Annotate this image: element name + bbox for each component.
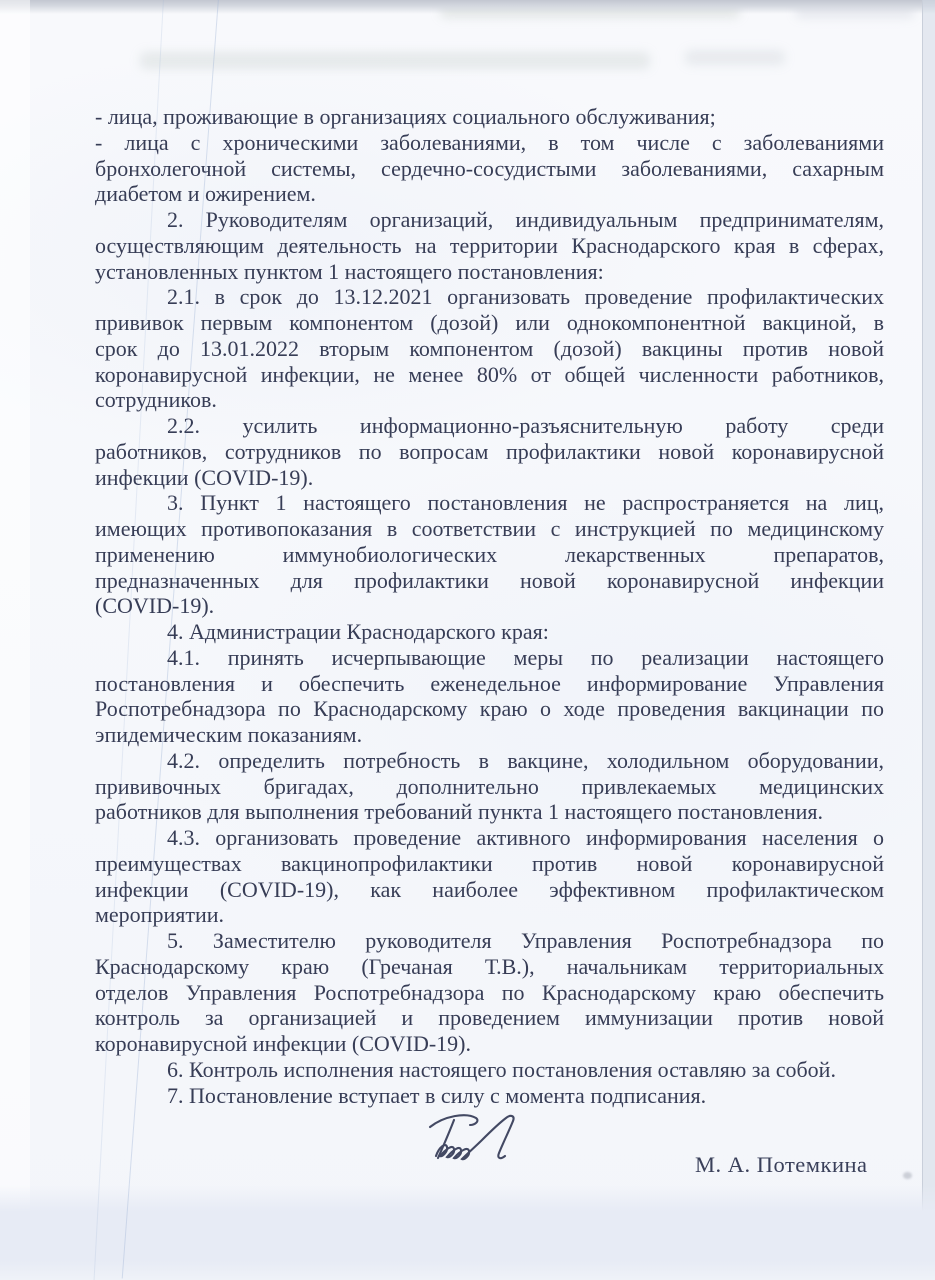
text-line: коронавирусной инфекции, не менее 80% от… <box>95 362 884 388</box>
text-line: эпидемическим показаниям. <box>95 722 884 748</box>
text-line: сотрудников. <box>95 387 884 413</box>
text-line: инфекции (COVID-19). <box>95 465 884 491</box>
bleed-through-mark <box>140 52 650 69</box>
text-line: (COVID-19). <box>95 593 884 619</box>
text-line: осуществляющим деятельность на территори… <box>95 233 884 259</box>
text-line: контроль за организацией и проведением и… <box>95 1005 884 1031</box>
scan-left-edge <box>0 0 30 1280</box>
signature-image <box>418 1110 550 1175</box>
text-line: срок до 13.01.2022 вторым компонентом (д… <box>95 336 884 362</box>
text-line: коронавирусной инфекции (COVID-19). <box>95 1031 884 1057</box>
scan-smudge <box>903 1172 912 1179</box>
text-line: преимуществах вакцинопрофилактики против… <box>95 851 884 877</box>
text-line: 2. Руководителям организаций, индивидуал… <box>95 207 884 233</box>
text-line: отделов Управления Роспотребнадзора по К… <box>95 980 884 1006</box>
scan-top-edge <box>0 0 935 14</box>
text-line: 2.2. усилить информационно-разъяснительн… <box>95 413 884 439</box>
scan-bottom-shading <box>0 1185 935 1280</box>
text-line: мероприятии. <box>95 902 884 928</box>
text-line: инфекции (COVID-19), как наиболее эффект… <box>95 877 884 903</box>
text-line: 7. Постановление вступает в силу с момен… <box>95 1083 884 1109</box>
text-line: - лица с хроническими заболеваниями, в т… <box>95 130 884 156</box>
text-line: бронхолегочной системы, сердечно-сосудис… <box>95 156 884 182</box>
text-line: 3. Пункт 1 настоящего постановления не р… <box>95 490 884 516</box>
text-line: 2.1. в срок до 13.12.2021 организовать п… <box>95 284 884 310</box>
text-line: 6. Контроль исполнения настоящего постан… <box>95 1057 884 1083</box>
text-line: постановления и обеспечить еженедельное … <box>95 671 884 697</box>
text-line: 4.3. организовать проведение активного и… <box>95 825 884 851</box>
text-line: диабетом и ожирением. <box>95 181 884 207</box>
text-line: прививочных бригадах, дополнительно прив… <box>95 774 884 800</box>
text-line: 4.2. определить потребность в вакцине, х… <box>95 748 884 774</box>
text-line: предназначенных для профилактики новой к… <box>95 568 884 594</box>
signer-name: М. А. Потемкина <box>695 1152 868 1178</box>
text-line: имеющих противопоказания в соответствии … <box>95 516 884 542</box>
handwritten-signature-icon <box>418 1110 550 1170</box>
scan-right-edge <box>922 0 935 1280</box>
text-line: 4.1. принять исчерпывающие меры по реали… <box>95 645 884 671</box>
text-line: 4. Администрации Краснодарского края: <box>95 619 884 645</box>
text-line: Краснодарскому краю (Гречаная Т.В.), нач… <box>95 954 884 980</box>
text-line: работников, сотрудников по вопросам проф… <box>95 439 884 465</box>
text-line: применению иммунобиологических лекарстве… <box>95 542 884 568</box>
document-body-text: - лица, проживающие в организациях социа… <box>95 104 884 1108</box>
scanned-document-page: { "colors": { "ink": "#373d56", "paper":… <box>0 0 935 1280</box>
text-line: 5. Заместителю руководителя Управления Р… <box>95 928 884 954</box>
text-line: - лица, проживающие в организациях социа… <box>95 104 884 130</box>
text-line: Роспотребнадзора по Краснодарскому краю … <box>95 696 884 722</box>
text-line: установленных пунктом 1 настоящего поста… <box>95 259 884 285</box>
text-line: прививок первым компонентом (дозой) или … <box>95 310 884 336</box>
bleed-through-mark <box>685 50 785 65</box>
paper-background: - лица, проживающие в организациях социа… <box>0 0 935 1280</box>
text-line: работников для выполнения требований пун… <box>95 799 884 825</box>
